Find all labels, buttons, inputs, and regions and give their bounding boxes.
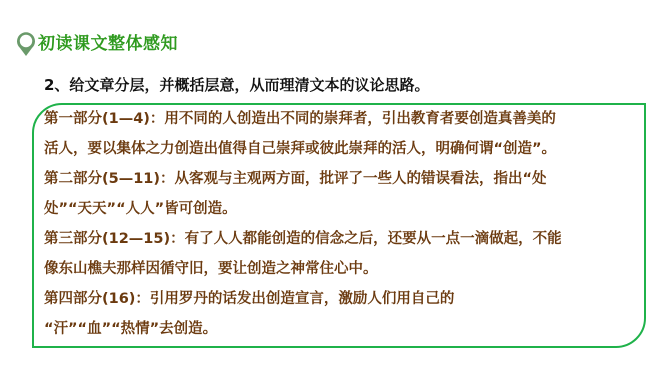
location-pin-icon <box>15 30 37 58</box>
part-two-line-1: 第二部分(5—11)：从客观与主观两方面，批评了一些人的错误看法，指出“处 <box>44 164 644 194</box>
part-four-line-2: “汗”“血”“热情”去创造。 <box>44 314 644 344</box>
parts-list: 第一部分(1—4)：用不同的人创造出不同的崇拜者，引出教育者要创造真善美的 活人… <box>44 104 644 344</box>
part-four-line-1: 第四部分(16)：引用罗丹的话发出创造宣言，激励人们用自己的 <box>44 284 644 314</box>
slide-title: 初读课文整体感知 <box>38 30 178 58</box>
part-three-line-1: 第三部分(12—15)：有了人人都能创造的信念之后，还要从一点一滴做起，不能 <box>44 224 644 254</box>
part-one-line-2: 活人，要以集体之力创造出值得自己崇拜或彼此崇拜的活人，明确何谓“创造”。 <box>44 134 644 164</box>
section-header: 初读课文整体感知 <box>15 30 178 58</box>
part-one-line-1: 第一部分(1—4)：用不同的人创造出不同的崇拜者，引出教育者要创造真善美的 <box>44 104 644 134</box>
part-three-line-2: 像东山樵夫那样因循守旧，要让创造之神常住心中。 <box>44 254 644 284</box>
part-two-line-2: 处”“天天”“人人”皆可创造。 <box>44 194 644 224</box>
question-text: 2、给文章分层，并概括层意，从而理清文本的议论思路。 <box>44 74 429 96</box>
